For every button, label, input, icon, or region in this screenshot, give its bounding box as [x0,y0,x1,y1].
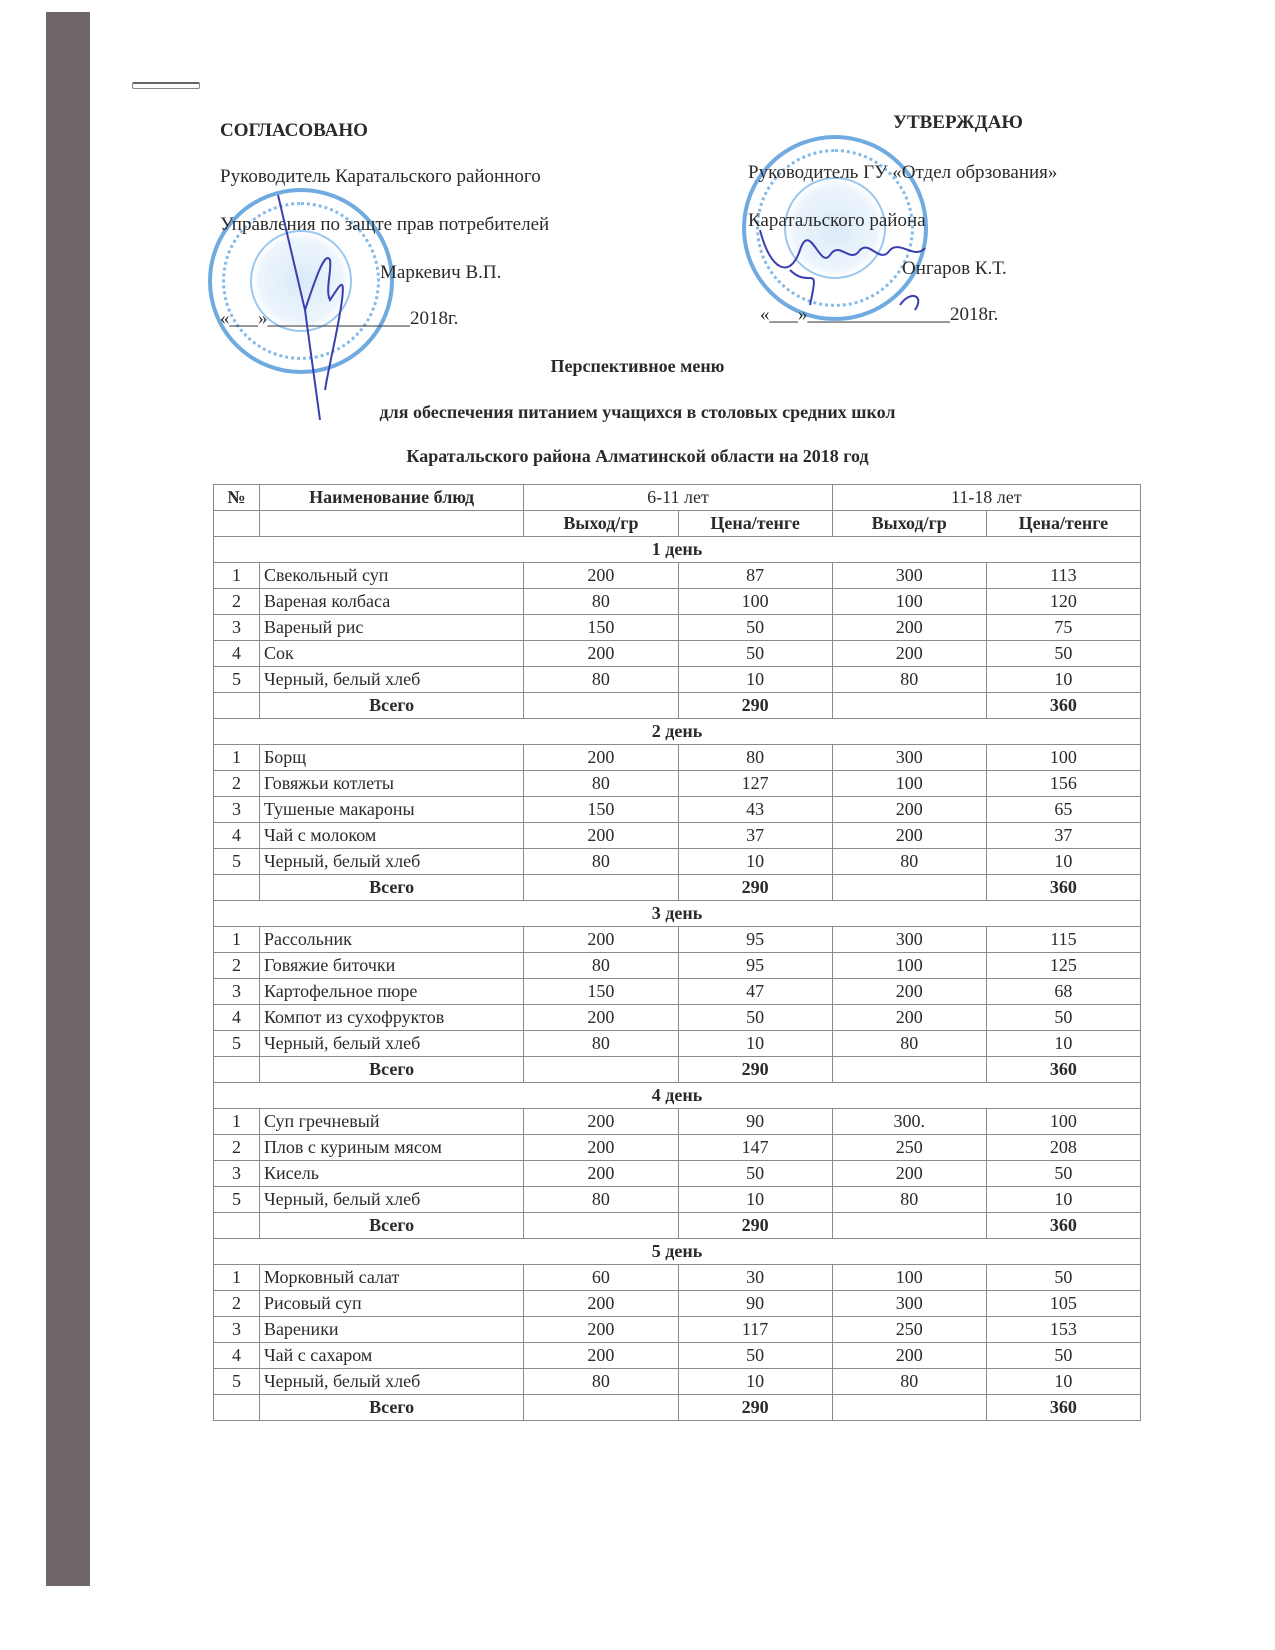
signature-right [750,210,950,320]
table-row: 5Черный, белый хлеб80108010 [214,1031,1141,1057]
total-price-11-18: 360 [986,875,1140,901]
item-number: 1 [214,927,260,953]
yield-11-18: 300 [832,745,986,771]
price-6-11: 30 [678,1265,832,1291]
item-number: 2 [214,1291,260,1317]
price-6-11: 127 [678,771,832,797]
price-11-18: 100 [986,1109,1140,1135]
approval-right-line1: Руководитель ГУ «Отдел обрзования» [748,162,1057,184]
item-number: 4 [214,641,260,667]
yield-6-11: 200 [524,1135,678,1161]
item-number: 4 [214,1343,260,1369]
yield-11-18: 250 [832,1135,986,1161]
scan-edge-bar [46,12,90,1586]
yield-6-11: 150 [524,615,678,641]
total-price-11-18: 360 [986,1395,1140,1421]
table-row: 2Вареная колбаса80100100120 [214,589,1141,615]
day-label: 3 день [214,901,1141,927]
yield-6-11: 80 [524,1187,678,1213]
item-number: 3 [214,979,260,1005]
table-row: 2Говяжие биточки8095100125 [214,953,1141,979]
yield-6-11: 200 [524,1109,678,1135]
total-empty [524,875,678,901]
yield-11-18: 200 [832,797,986,823]
yield-6-11: 80 [524,589,678,615]
item-number: 5 [214,667,260,693]
header-empty [259,511,523,537]
price-11-18: 10 [986,667,1140,693]
total-price-6-11: 290 [678,1213,832,1239]
table-row: 4Сок2005020050 [214,641,1141,667]
header-name: Наименование блюд [259,485,523,511]
total-row: Всего290360 [214,693,1141,719]
dish-name: Говяжьи котлеты [259,771,523,797]
table-row: 5Черный, белый хлеб80108010 [214,667,1141,693]
dish-name: Картофельное пюре [259,979,523,1005]
total-empty [524,1057,678,1083]
total-label: Всего [259,875,523,901]
staple-mark [132,82,200,89]
price-11-18: 10 [986,1031,1140,1057]
price-6-11: 95 [678,927,832,953]
price-6-11: 43 [678,797,832,823]
total-label: Всего [259,1057,523,1083]
yield-6-11: 200 [524,1005,678,1031]
dish-name: Черный, белый хлеб [259,1187,523,1213]
total-price-6-11: 290 [678,1395,832,1421]
header-group-6-11: 6-11 лет [524,485,832,511]
document-subtitle-1: для обеспечения питанием учащихся в стол… [0,402,1275,423]
yield-6-11: 200 [524,745,678,771]
yield-6-11: 200 [524,1343,678,1369]
total-price-11-18: 360 [986,1213,1140,1239]
total-price-11-18: 360 [986,693,1140,719]
yield-6-11: 80 [524,667,678,693]
dish-name: Черный, белый хлеб [259,1031,523,1057]
table-row: 1Свекольный суп20087300113 [214,563,1141,589]
yield-11-18: 200 [832,1005,986,1031]
table-row: 4Чай с сахаром2005020050 [214,1343,1141,1369]
item-number: 1 [214,1109,260,1135]
price-6-11: 50 [678,1161,832,1187]
price-11-18: 10 [986,849,1140,875]
item-number: 1 [214,745,260,771]
day-label: 5 день [214,1239,1141,1265]
total-empty [832,1395,986,1421]
dish-name: Рисовый суп [259,1291,523,1317]
price-11-18: 125 [986,953,1140,979]
dish-name: Рассольник [259,927,523,953]
price-6-11: 50 [678,1005,832,1031]
price-6-11: 10 [678,667,832,693]
header-price-2: Цена/тенге [986,511,1140,537]
price-6-11: 47 [678,979,832,1005]
item-number: 3 [214,797,260,823]
yield-11-18: 300. [832,1109,986,1135]
dish-name: Компот из сухофруктов [259,1005,523,1031]
yield-6-11: 200 [524,641,678,667]
item-number: 1 [214,563,260,589]
price-6-11: 100 [678,589,832,615]
price-11-18: 208 [986,1135,1140,1161]
table-row: 5Черный, белый хлеб80108010 [214,1369,1141,1395]
total-price-6-11: 290 [678,875,832,901]
dish-name: Чай с молоком [259,823,523,849]
document-subtitle-2: Каратальского района Алматинской области… [0,446,1275,467]
table-row: 2Говяжьи котлеты80127100156 [214,771,1141,797]
yield-11-18: 200 [832,641,986,667]
table-row: 3Картофельное пюре1504720068 [214,979,1141,1005]
yield-11-18: 250 [832,1317,986,1343]
total-price-11-18: 360 [986,1057,1140,1083]
day-label: 4 день [214,1083,1141,1109]
price-6-11: 10 [678,1187,832,1213]
table-row: 1Рассольник20095300115 [214,927,1141,953]
price-6-11: 90 [678,1291,832,1317]
menu-table: № Наименование блюд 6-11 лет 11-18 лет В… [213,484,1141,1421]
price-6-11: 10 [678,1031,832,1057]
item-number: 2 [214,771,260,797]
item-number: 5 [214,1369,260,1395]
dish-name: Сок [259,641,523,667]
dish-name: Вареная колбаса [259,589,523,615]
header-empty [214,511,260,537]
price-11-18: 120 [986,589,1140,615]
dish-name: Говяжие биточки [259,953,523,979]
price-11-18: 105 [986,1291,1140,1317]
price-6-11: 10 [678,1369,832,1395]
dish-name: Кисель [259,1161,523,1187]
price-11-18: 50 [986,1161,1140,1187]
price-11-18: 153 [986,1317,1140,1343]
yield-6-11: 80 [524,1031,678,1057]
total-empty [214,875,260,901]
dish-name: Плов с куриным мясом [259,1135,523,1161]
dish-name: Вареники [259,1317,523,1343]
total-row: Всего290360 [214,1395,1141,1421]
yield-11-18: 100 [832,771,986,797]
yield-11-18: 200 [832,1161,986,1187]
item-number: 3 [214,1317,260,1343]
dish-name: Свекольный суп [259,563,523,589]
item-number: 4 [214,1005,260,1031]
dish-name: Чай с сахаром [259,1343,523,1369]
yield-6-11: 200 [524,1291,678,1317]
yield-11-18: 80 [832,849,986,875]
table-row: 1Борщ20080300100 [214,745,1141,771]
table-row: 5Черный, белый хлеб80108010 [214,1187,1141,1213]
price-6-11: 147 [678,1135,832,1161]
dish-name: Суп гречневый [259,1109,523,1135]
yield-6-11: 200 [524,1317,678,1343]
table-row: 3Вареники200117250153 [214,1317,1141,1343]
total-empty [832,1213,986,1239]
price-11-18: 113 [986,563,1140,589]
yield-6-11: 80 [524,771,678,797]
yield-6-11: 150 [524,979,678,1005]
total-price-6-11: 290 [678,693,832,719]
yield-11-18: 80 [832,667,986,693]
total-empty [832,1057,986,1083]
total-empty [214,1057,260,1083]
price-6-11: 50 [678,1343,832,1369]
yield-11-18: 200 [832,823,986,849]
dish-name: Черный, белый хлеб [259,1369,523,1395]
price-11-18: 115 [986,927,1140,953]
price-11-18: 10 [986,1187,1140,1213]
yield-11-18: 80 [832,1187,986,1213]
price-6-11: 50 [678,615,832,641]
header-price-1: Цена/тенге [678,511,832,537]
table-row: 2Рисовый суп20090300105 [214,1291,1141,1317]
price-11-18: 37 [986,823,1140,849]
item-number: 5 [214,1187,260,1213]
table-row: 5Черный, белый хлеб80108010 [214,849,1141,875]
dish-name: Борщ [259,745,523,771]
yield-11-18: 100 [832,953,986,979]
price-6-11: 80 [678,745,832,771]
item-number: 2 [214,589,260,615]
dish-name: Черный, белый хлеб [259,667,523,693]
yield-11-18: 80 [832,1369,986,1395]
day-header-row: 5 день [214,1239,1141,1265]
total-row: Всего290360 [214,1213,1141,1239]
total-row: Всего290360 [214,875,1141,901]
yield-6-11: 200 [524,927,678,953]
header-group-11-18: 11-18 лет [832,485,1140,511]
yield-6-11: 200 [524,563,678,589]
yield-6-11: 60 [524,1265,678,1291]
yield-11-18: 80 [832,1031,986,1057]
price-11-18: 75 [986,615,1140,641]
table-row: 1Морковный салат603010050 [214,1265,1141,1291]
table-row: 4Чай с молоком2003720037 [214,823,1141,849]
total-empty [832,875,986,901]
price-6-11: 117 [678,1317,832,1343]
day-header-row: 3 день [214,901,1141,927]
day-label: 2 день [214,719,1141,745]
total-empty [524,693,678,719]
total-empty [214,693,260,719]
price-11-18: 156 [986,771,1140,797]
approval-left-signatory: Маркевич В.П. [380,262,501,284]
total-empty [832,693,986,719]
dish-name: Черный, белый хлеб [259,849,523,875]
dish-name: Тушеные макароны [259,797,523,823]
price-11-18: 50 [986,1265,1140,1291]
price-6-11: 37 [678,823,832,849]
total-label: Всего [259,1213,523,1239]
day-header-row: 1 день [214,537,1141,563]
approval-left-line1: Руководитель Каратальского районного [220,166,541,188]
total-empty [524,1395,678,1421]
price-6-11: 95 [678,953,832,979]
approval-left-heading: СОГЛАСОВАНО [220,120,368,142]
total-label: Всего [259,693,523,719]
table-row: 3Тушеные макароны1504320065 [214,797,1141,823]
total-empty [214,1213,260,1239]
item-number: 5 [214,1031,260,1057]
document-title: Перспективное меню [0,356,1275,377]
item-number: 1 [214,1265,260,1291]
day-header-row: 4 день [214,1083,1141,1109]
total-label: Всего [259,1395,523,1421]
total-row: Всего290360 [214,1057,1141,1083]
price-11-18: 50 [986,641,1140,667]
price-11-18: 50 [986,1343,1140,1369]
day-header-row: 2 день [214,719,1141,745]
yield-11-18: 100 [832,589,986,615]
price-11-18: 68 [986,979,1140,1005]
price-6-11: 10 [678,849,832,875]
header-yield-2: Выход/гр [832,511,986,537]
yield-11-18: 300 [832,563,986,589]
price-11-18: 50 [986,1005,1140,1031]
total-empty [524,1213,678,1239]
yield-6-11: 80 [524,1369,678,1395]
item-number: 3 [214,615,260,641]
approval-right-heading: УТВЕРЖДАЮ [893,112,1023,134]
price-6-11: 50 [678,641,832,667]
price-11-18: 10 [986,1369,1140,1395]
total-price-6-11: 290 [678,1057,832,1083]
yield-11-18: 100 [832,1265,986,1291]
item-number: 4 [214,823,260,849]
yield-6-11: 150 [524,797,678,823]
yield-6-11: 200 [524,823,678,849]
yield-6-11: 80 [524,953,678,979]
table-row: 1Суп гречневый20090300.100 [214,1109,1141,1135]
dish-name: Морковный салат [259,1265,523,1291]
yield-11-18: 200 [832,979,986,1005]
price-6-11: 90 [678,1109,832,1135]
yield-11-18: 200 [832,1343,986,1369]
item-number: 5 [214,849,260,875]
total-empty [214,1395,260,1421]
item-number: 3 [214,1161,260,1187]
yield-11-18: 300 [832,1291,986,1317]
yield-6-11: 80 [524,849,678,875]
item-number: 2 [214,953,260,979]
yield-11-18: 300 [832,927,986,953]
price-11-18: 65 [986,797,1140,823]
table-row: 3Вареный рис1505020075 [214,615,1141,641]
day-label: 1 день [214,537,1141,563]
menu-table-body: 1 день1Свекольный суп200873001132Вареная… [214,537,1141,1421]
yield-6-11: 200 [524,1161,678,1187]
table-row: 2Плов с куриным мясом200147250208 [214,1135,1141,1161]
header-num: № [214,485,260,511]
table-row: 3Кисель2005020050 [214,1161,1141,1187]
price-6-11: 87 [678,563,832,589]
yield-11-18: 200 [832,615,986,641]
table-row: 4Компот из сухофруктов2005020050 [214,1005,1141,1031]
item-number: 2 [214,1135,260,1161]
dish-name: Вареный рис [259,615,523,641]
price-11-18: 100 [986,745,1140,771]
header-yield-1: Выход/гр [524,511,678,537]
